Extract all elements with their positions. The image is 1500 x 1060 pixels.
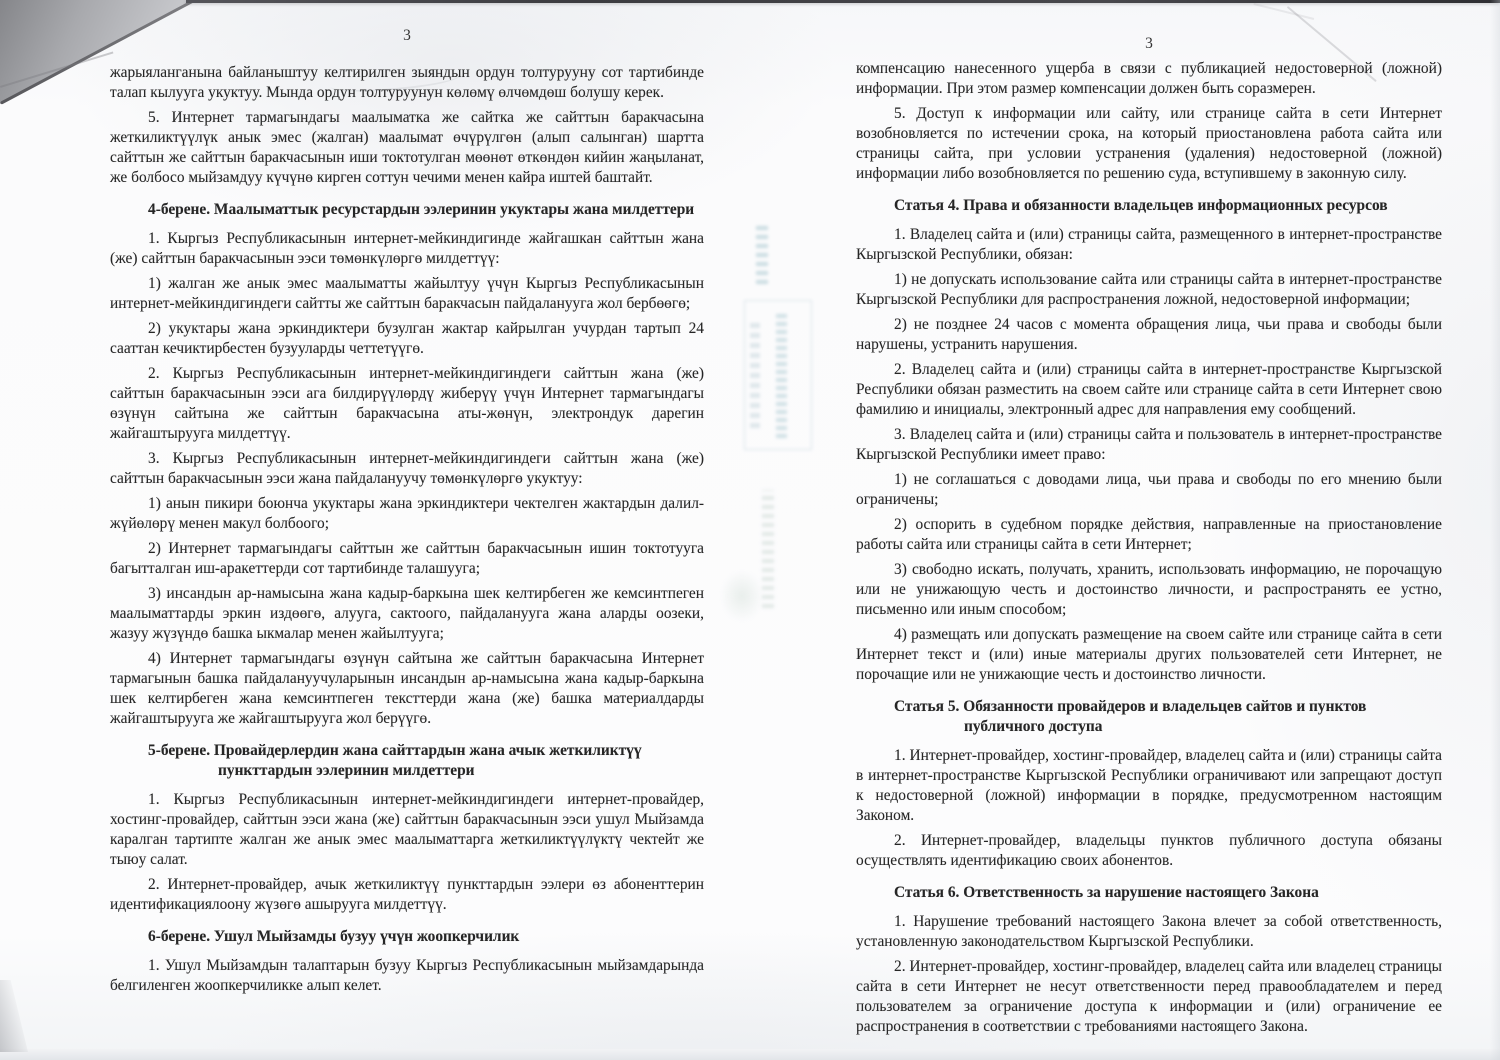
scanner-bottom-edge [0,1049,1500,1060]
law-paragraph: 2) не позднее 24 часов с момента обращен… [856,315,1442,355]
law-paragraph: 2) Интернет тармагындагы сайттын же сайт… [110,539,704,579]
scanned-document: 3 жарыяланганына байланыштуу келтирилген… [0,0,1500,1060]
article-heading: Статья 6. Ответственность за нарушение н… [856,883,1442,903]
article-heading: Статья 4. Права и обязанности владельцев… [856,196,1442,216]
law-paragraph: 1) анын пикири боюнча укуктары жана эрки… [110,494,704,534]
law-paragraph: 1. Ушул Мыйзамдын талаптарын бузуу Кыргы… [110,956,704,996]
law-paragraph: 3. Кыргыз Республикасынын интернет-мейки… [110,449,704,489]
law-paragraph: 5. Интернет тармагындагы маалыматка же с… [110,108,704,188]
left-page: 3 жарыяланганына байланыштуу келтирилген… [110,26,704,1001]
law-paragraph: 3. Владелец сайта и (или) страницы сайта… [856,425,1442,465]
right-page: 3 компенсацию нанесенного ущерба в связи… [856,34,1442,1042]
law-paragraph: 1) не допускать использование сайта или … [856,270,1442,310]
law-paragraph: компенсацию нанесенного ущерба в связи с… [856,59,1442,99]
law-paragraph: 2. Кыргыз Республикасынын интернет-мейки… [110,364,704,444]
law-paragraph: 2. Владелец сайта и (или) страницы сайта… [856,360,1442,420]
law-paragraph: 2) оспорить в судебном порядке действия,… [856,515,1442,555]
paper-crease [1254,3,1315,20]
law-paragraph: 3) свободно искать, получать, хранить, и… [856,560,1442,620]
law-paragraph: 3) инсандын ар-намысына жана кадыр-баркы… [110,584,704,644]
law-paragraph: 2. Интернет-провайдер, хостинг-провайдер… [856,957,1442,1037]
law-paragraph: 4) Интернет тармагындагы өзүнүн сайтына … [110,649,704,729]
article-heading: 5-берене. Провайдерлердин жана сайттарды… [110,741,704,781]
law-paragraph: 1) жалган же анык эмес маалыматты жайылт… [110,274,704,314]
paper-shadow [1490,0,1500,1060]
law-paragraph: 1. Владелец сайта и (или) страницы сайта… [856,225,1442,265]
page-number: 3 [110,26,704,46]
page-number: 3 [856,34,1442,54]
law-paragraph: 5. Доступ к информации или сайту, или ст… [856,104,1442,184]
law-paragraph: 1) не соглашаться с доводами лица, чьи п… [856,470,1442,510]
law-paragraph: 2) укуктары жана эркиндиктери бузулган ж… [110,319,704,359]
paper-shadow [0,980,28,1052]
article-heading: 6-берене. Ушул Мыйзамды бузуу үчүн жоопк… [110,927,704,947]
left-page-text: жарыяланганына байланыштуу келтирилген з… [110,63,704,996]
law-paragraph: 1. Нарушение требований настоящего Закон… [856,912,1442,952]
right-page-text: компенсацию нанесенного ущерба в связи с… [856,59,1442,1037]
article-heading: Статья 5. Обязанности провайдеров и влад… [856,697,1442,737]
law-paragraph: 1. Интернет-провайдер, хостинг-провайдер… [856,746,1442,826]
scanner-top-edge [186,0,1500,3]
article-heading: 4-берене. Маалыматтык ресурстардын ээлер… [110,200,704,220]
law-paragraph: 1. Кыргыз Республикасынын интернет-мейки… [110,229,704,269]
law-paragraph: 1. Кыргыз Республикасынын интернет-мейки… [110,790,704,870]
law-paragraph: 4) размещать или допускать размещение на… [856,625,1442,685]
law-paragraph: 2. Интернет-провайдер, ачык жеткиликтүү … [110,875,704,915]
ink-bleed-through-artifact [692,238,822,638]
law-paragraph: 2. Интернет-провайдер, владельцы пунктов… [856,831,1442,871]
law-paragraph: жарыяланганына байланыштуу келтирилген з… [110,63,704,103]
